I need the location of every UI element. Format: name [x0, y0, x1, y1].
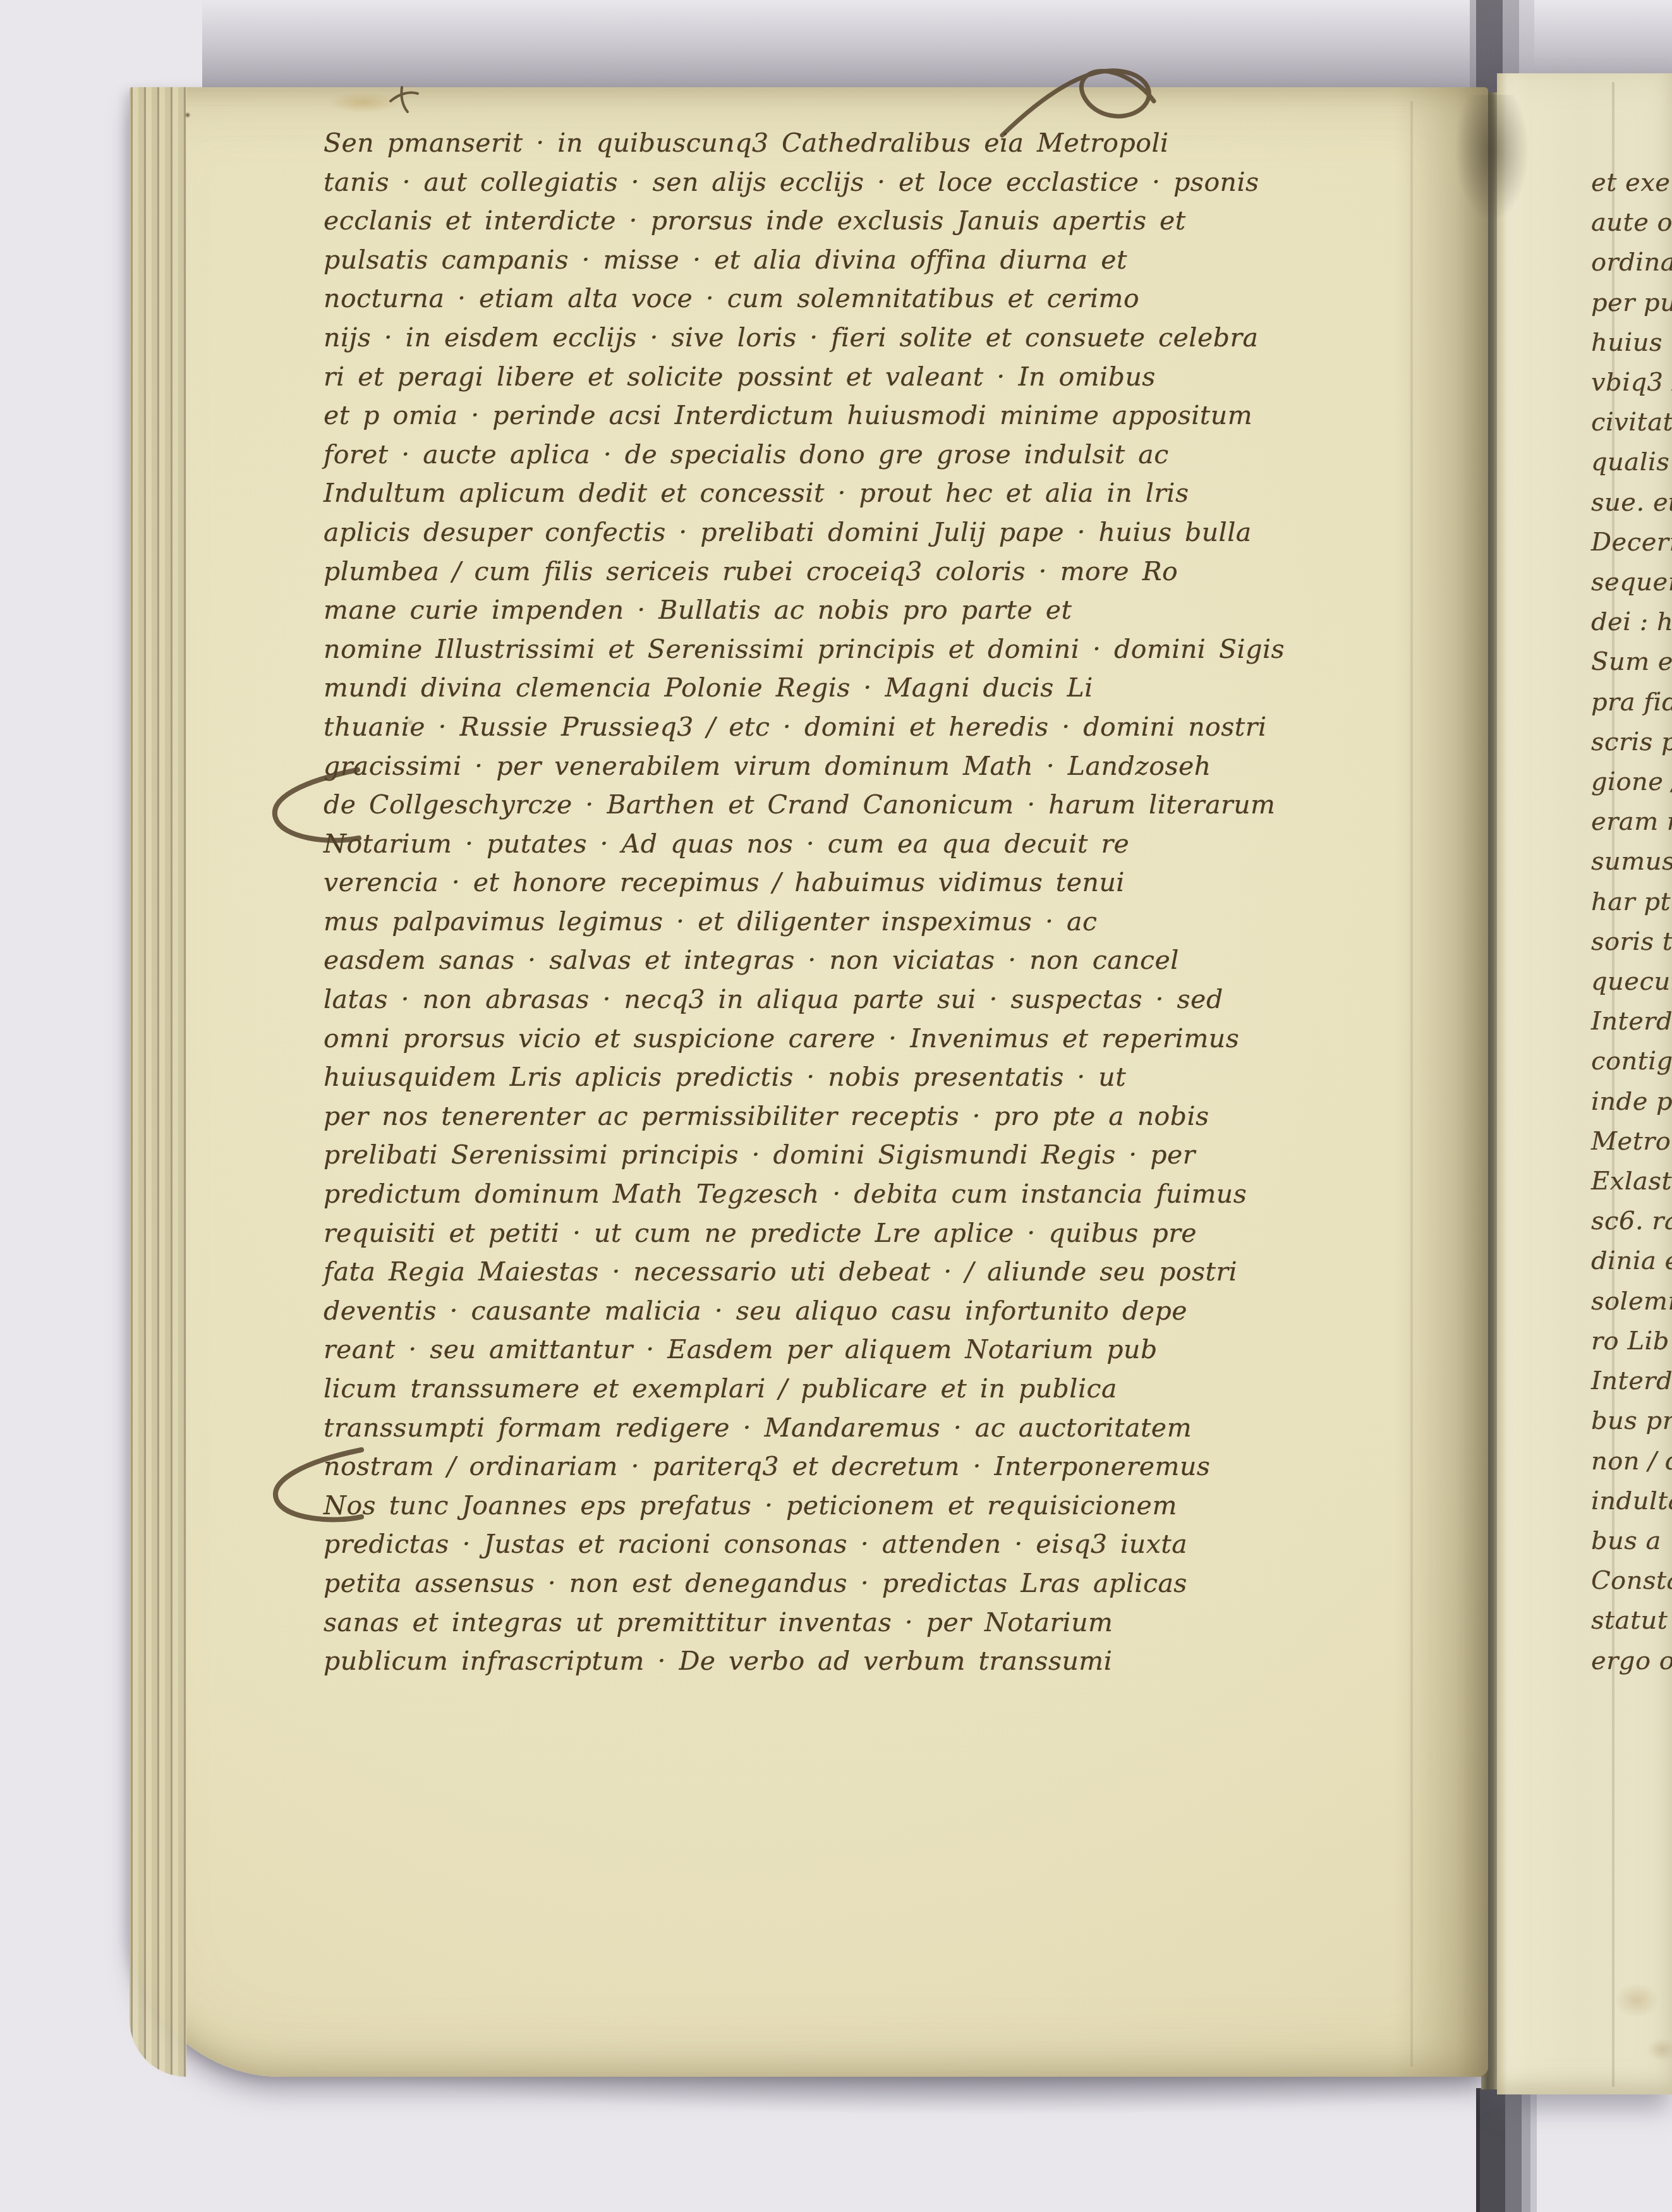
manuscript-line-fragment: soris tur: [1591, 922, 1672, 962]
manuscript-line: mundi divina clemencia Polonie Regis · M…: [324, 669, 1335, 708]
manuscript-line: huiusquidem Lris aplicis predictis · nob…: [324, 1058, 1335, 1097]
manuscript-line-fragment: Exlastice: [1591, 1162, 1672, 1201]
manuscript-line: de Collgeschyrcze · Barthen et Crand Can…: [324, 786, 1335, 825]
manuscript-line: Sen pmanserit · in quibuscunq3 Cathedral…: [324, 124, 1335, 163]
manuscript-line: Nos tunc Joannes eps prefatus · peticion…: [324, 1486, 1335, 1526]
manuscript-line: Notarium · putates · Ad quas nos · cum e…: [324, 825, 1335, 864]
scanner-bed-top-shadow: [202, 0, 1672, 96]
manuscript-line-fragment: Sum et: [1591, 642, 1672, 682]
manuscript-line-fragment: per pub: [1591, 283, 1672, 323]
manuscript-line-fragment: aute o: [1591, 203, 1672, 243]
manuscript-line: ecclanis et interdicte · prorsus inde ex…: [324, 202, 1335, 241]
manuscript-line-fragment: gione /: [1591, 762, 1672, 802]
manuscript-line-fragment: quecuis: [1591, 962, 1672, 1002]
manuscript-line: nijs · in eisdem ecclijs · sive loris · …: [324, 319, 1335, 358]
book-clamp-rod-bottom: [1476, 2088, 1537, 2212]
gutter-top-shadow: [1451, 95, 1533, 253]
manuscript-line: plumbea / cum filis sericeis rubei croce…: [324, 552, 1335, 592]
manuscript-line-fragment: bus pre: [1591, 1401, 1672, 1441]
manuscript-line: nostram / ordinariam · pariterq3 et decr…: [324, 1447, 1335, 1486]
manuscript-line-fragment: Decerne: [1591, 523, 1672, 562]
manuscript-line-fragment: Interdi: [1591, 1002, 1672, 1042]
manuscript-line-fragment: statut: [1591, 1601, 1672, 1641]
manuscript-line-fragment: qualis q: [1591, 442, 1672, 482]
manuscript-line-fragment: huius n: [1591, 323, 1672, 363]
gutter-shading: [1393, 87, 1488, 2077]
manuscript-line: pulsatis campanis · misse · et alia divi…: [324, 241, 1335, 280]
manuscript-line-fragment: ordinariu: [1591, 243, 1672, 283]
manuscript-line: predictas · Justas et racioni consonas ·…: [324, 1525, 1335, 1564]
manuscript-line-fragment: ergo o: [1591, 1641, 1672, 1681]
manuscript-line: aplicis desuper confectis · prelibati do…: [324, 513, 1335, 552]
manuscript-line-fragment: inde p: [1591, 1082, 1672, 1122]
left-page-text-block: Sen pmanserit · in quibuscunq3 Cathedral…: [324, 124, 1335, 1681]
manuscript-line-fragment: pra fide: [1591, 683, 1672, 722]
manuscript-line: licum transsumere et exemplari / publica…: [324, 1370, 1335, 1409]
manuscript-line: foret · aucte aplica · de specialis dono…: [324, 435, 1335, 475]
manuscript-line: thuanie · Russie Prussieq3 / etc · domin…: [324, 708, 1335, 747]
right-page-text-block: et exeqaute oordinariuper pubhuius nvbiq…: [1591, 163, 1672, 1681]
manuscript-line-fragment: vbiq3 L: [1591, 363, 1672, 403]
manuscript-line: nocturna · etiam alta voce · cum solemni…: [324, 279, 1335, 319]
manuscript-line: publicum infrascriptum · De verbo ad ver…: [324, 1642, 1335, 1681]
manuscript-line-fragment: contige: [1591, 1042, 1672, 1081]
manuscript-line-fragment: sue. et: [1591, 483, 1672, 523]
manuscript-line: deventis · causante malicia · seu aliquo…: [324, 1292, 1335, 1331]
manuscript-line: petita assensus · non est denegandus · p…: [324, 1564, 1335, 1603]
ink-speck: [184, 111, 191, 119]
manuscript-line: predictum dominum Math Tegzesch · debita…: [324, 1175, 1335, 1214]
manuscript-line: prelibati Serenissimi principis · domini…: [324, 1136, 1335, 1175]
manuscript-line: reant · seu amittantur · Easdem per aliq…: [324, 1330, 1335, 1370]
manuscript-line-fragment: Consta: [1591, 1561, 1672, 1601]
manuscript-line-fragment: sumus: [1591, 842, 1672, 882]
manuscript-line-fragment: sequentu: [1591, 562, 1672, 602]
manuscript-line-fragment: non / d: [1591, 1442, 1672, 1481]
manuscript-line-fragment: et exeq: [1591, 163, 1672, 203]
manuscript-line-fragment: dinia e: [1591, 1241, 1672, 1281]
manuscript-line: ri et peragi libere et solicite possint …: [324, 358, 1335, 397]
manuscript-line-fragment: eram re: [1591, 802, 1672, 842]
parchment-stain: [1608, 1978, 1665, 2022]
manuscript-line: fata Regia Maiestas · necessario uti deb…: [324, 1253, 1335, 1292]
manuscript-line-fragment: scris p: [1591, 722, 1672, 762]
parchment-stain: [316, 88, 411, 116]
manuscript-line-fragment: dei : h: [1591, 602, 1672, 642]
manuscript-line-fragment: Metropo: [1591, 1122, 1672, 1162]
manuscript-line: et p omia · perinde acsi Interdictum hui…: [324, 396, 1335, 435]
manuscript-line-fragment: civitat: [1591, 403, 1672, 442]
manuscript-line-fragment: sc6. ra: [1591, 1201, 1672, 1241]
manuscript-line: Indultum aplicum dedit et concessit · pr…: [324, 474, 1335, 513]
manuscript-line: easdem sanas · salvas et integras · non …: [324, 941, 1335, 980]
manuscript-line-fragment: indulta: [1591, 1481, 1672, 1521]
manuscript-line: nomine Illustrissimi et Serenissimi prin…: [324, 630, 1335, 669]
manuscript-line: omni prorsus vicio et suspicione carere …: [324, 1019, 1335, 1059]
manuscript-line: per nos tenerenter ac permissibiliter re…: [324, 1097, 1335, 1136]
left-page-crease: [1410, 101, 1413, 2067]
manuscript-line-fragment: bus a: [1591, 1521, 1672, 1561]
manuscript-line: tanis · aut collegiatis · sen alijs eccl…: [324, 163, 1335, 202]
manuscript-line-fragment: solemni: [1591, 1282, 1672, 1322]
manuscript-line: verencia · et honore recepimus / habuimu…: [324, 863, 1335, 902]
manuscript-line: transsumpti formam redigere · Mandaremus…: [324, 1409, 1335, 1448]
manuscript-line: latas · non abrasas · necq3 in aliqua pa…: [324, 980, 1335, 1019]
manuscript-line: gracissimi · per venerabilem virum domin…: [324, 747, 1335, 786]
manuscript-line: sanas et integras ut premittitur inventa…: [324, 1603, 1335, 1643]
manuscript-line-fragment: Interd: [1591, 1361, 1672, 1401]
manuscript-line: mus palpavimus legimus · et diligenter i…: [324, 902, 1335, 942]
manuscript-line-fragment: har pte: [1591, 882, 1672, 922]
manuscript-line: requisiti et petiti · ut cum ne predicte…: [324, 1214, 1335, 1253]
manuscript-line-fragment: ro Lib: [1591, 1322, 1672, 1361]
stacked-page-edges: [130, 87, 186, 2077]
manuscript-line: mane curie impenden · Bullatis ac nobis …: [324, 591, 1335, 630]
